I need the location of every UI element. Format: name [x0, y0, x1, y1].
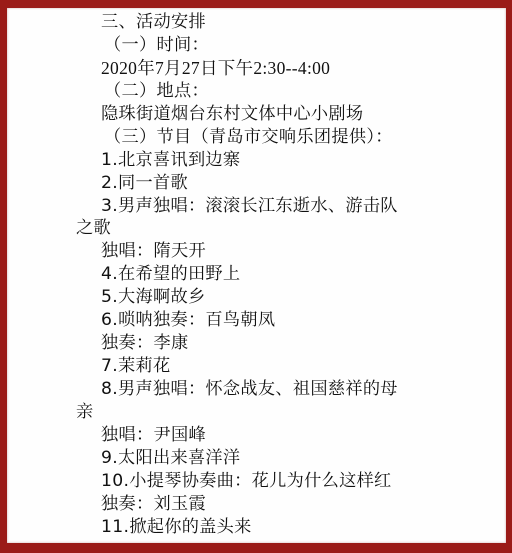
- program-item-4: 4.在希望的田野上: [7, 263, 506, 286]
- program-item-10: 10.小提琴协奏曲：花儿为什么这样红: [7, 470, 506, 493]
- location-label: （二）地点：: [7, 80, 506, 103]
- program-item-11: 11.掀起你的盖头来: [7, 516, 506, 539]
- program-item-8-continuation: 亲: [7, 401, 506, 424]
- location-value: 隐珠街道烟台东村文体中心小剧场: [7, 103, 506, 126]
- section-heading: 三、活动安排: [7, 11, 506, 34]
- document-frame: 三、活动安排 （一）时间： 2020年7月27日下午2:30--4:00 （二）…: [0, 0, 512, 553]
- program-item-8-performer: 独唱：尹国峰: [7, 424, 506, 447]
- program-item-9: 9.太阳出来喜洋洋: [7, 447, 506, 470]
- program-item-6: 6.唢呐独奏：百鸟朝凤: [7, 309, 506, 332]
- program-item-10-performer: 独奏：刘玉霞: [7, 493, 506, 516]
- time-value: 2020年7月27日下午2:30--4:00: [7, 57, 506, 80]
- program-item-3: 3.男声独唱：滚滚长江东逝水、游击队: [7, 195, 506, 218]
- time-label: （一）时间：: [7, 34, 506, 57]
- program-label: （三）节目（青岛市交响乐团提供）：: [7, 126, 506, 149]
- program-item-6-performer: 独奏：李康: [7, 332, 506, 355]
- program-item-8: 8.男声独唱：怀念战友、祖国慈祥的母: [7, 378, 506, 401]
- program-item-3-performer: 独唱：隋天开: [7, 240, 506, 263]
- time-value-text: 2020年7月27日下午2:30--4:00: [101, 58, 330, 78]
- program-item-1: 1.北京喜讯到边寨: [7, 149, 506, 172]
- program-item-5: 5.大海啊故乡: [7, 286, 506, 309]
- activity-schedule: 三、活动安排 （一）时间： 2020年7月27日下午2:30--4:00 （二）…: [7, 11, 506, 539]
- program-item-3-continuation: 之歌: [7, 217, 506, 240]
- program-item-2: 2.同一首歌: [7, 172, 506, 195]
- document-page: 三、活动安排 （一）时间： 2020年7月27日下午2:30--4:00 （二）…: [7, 8, 506, 543]
- program-item-7: 7.茉莉花: [7, 355, 506, 378]
